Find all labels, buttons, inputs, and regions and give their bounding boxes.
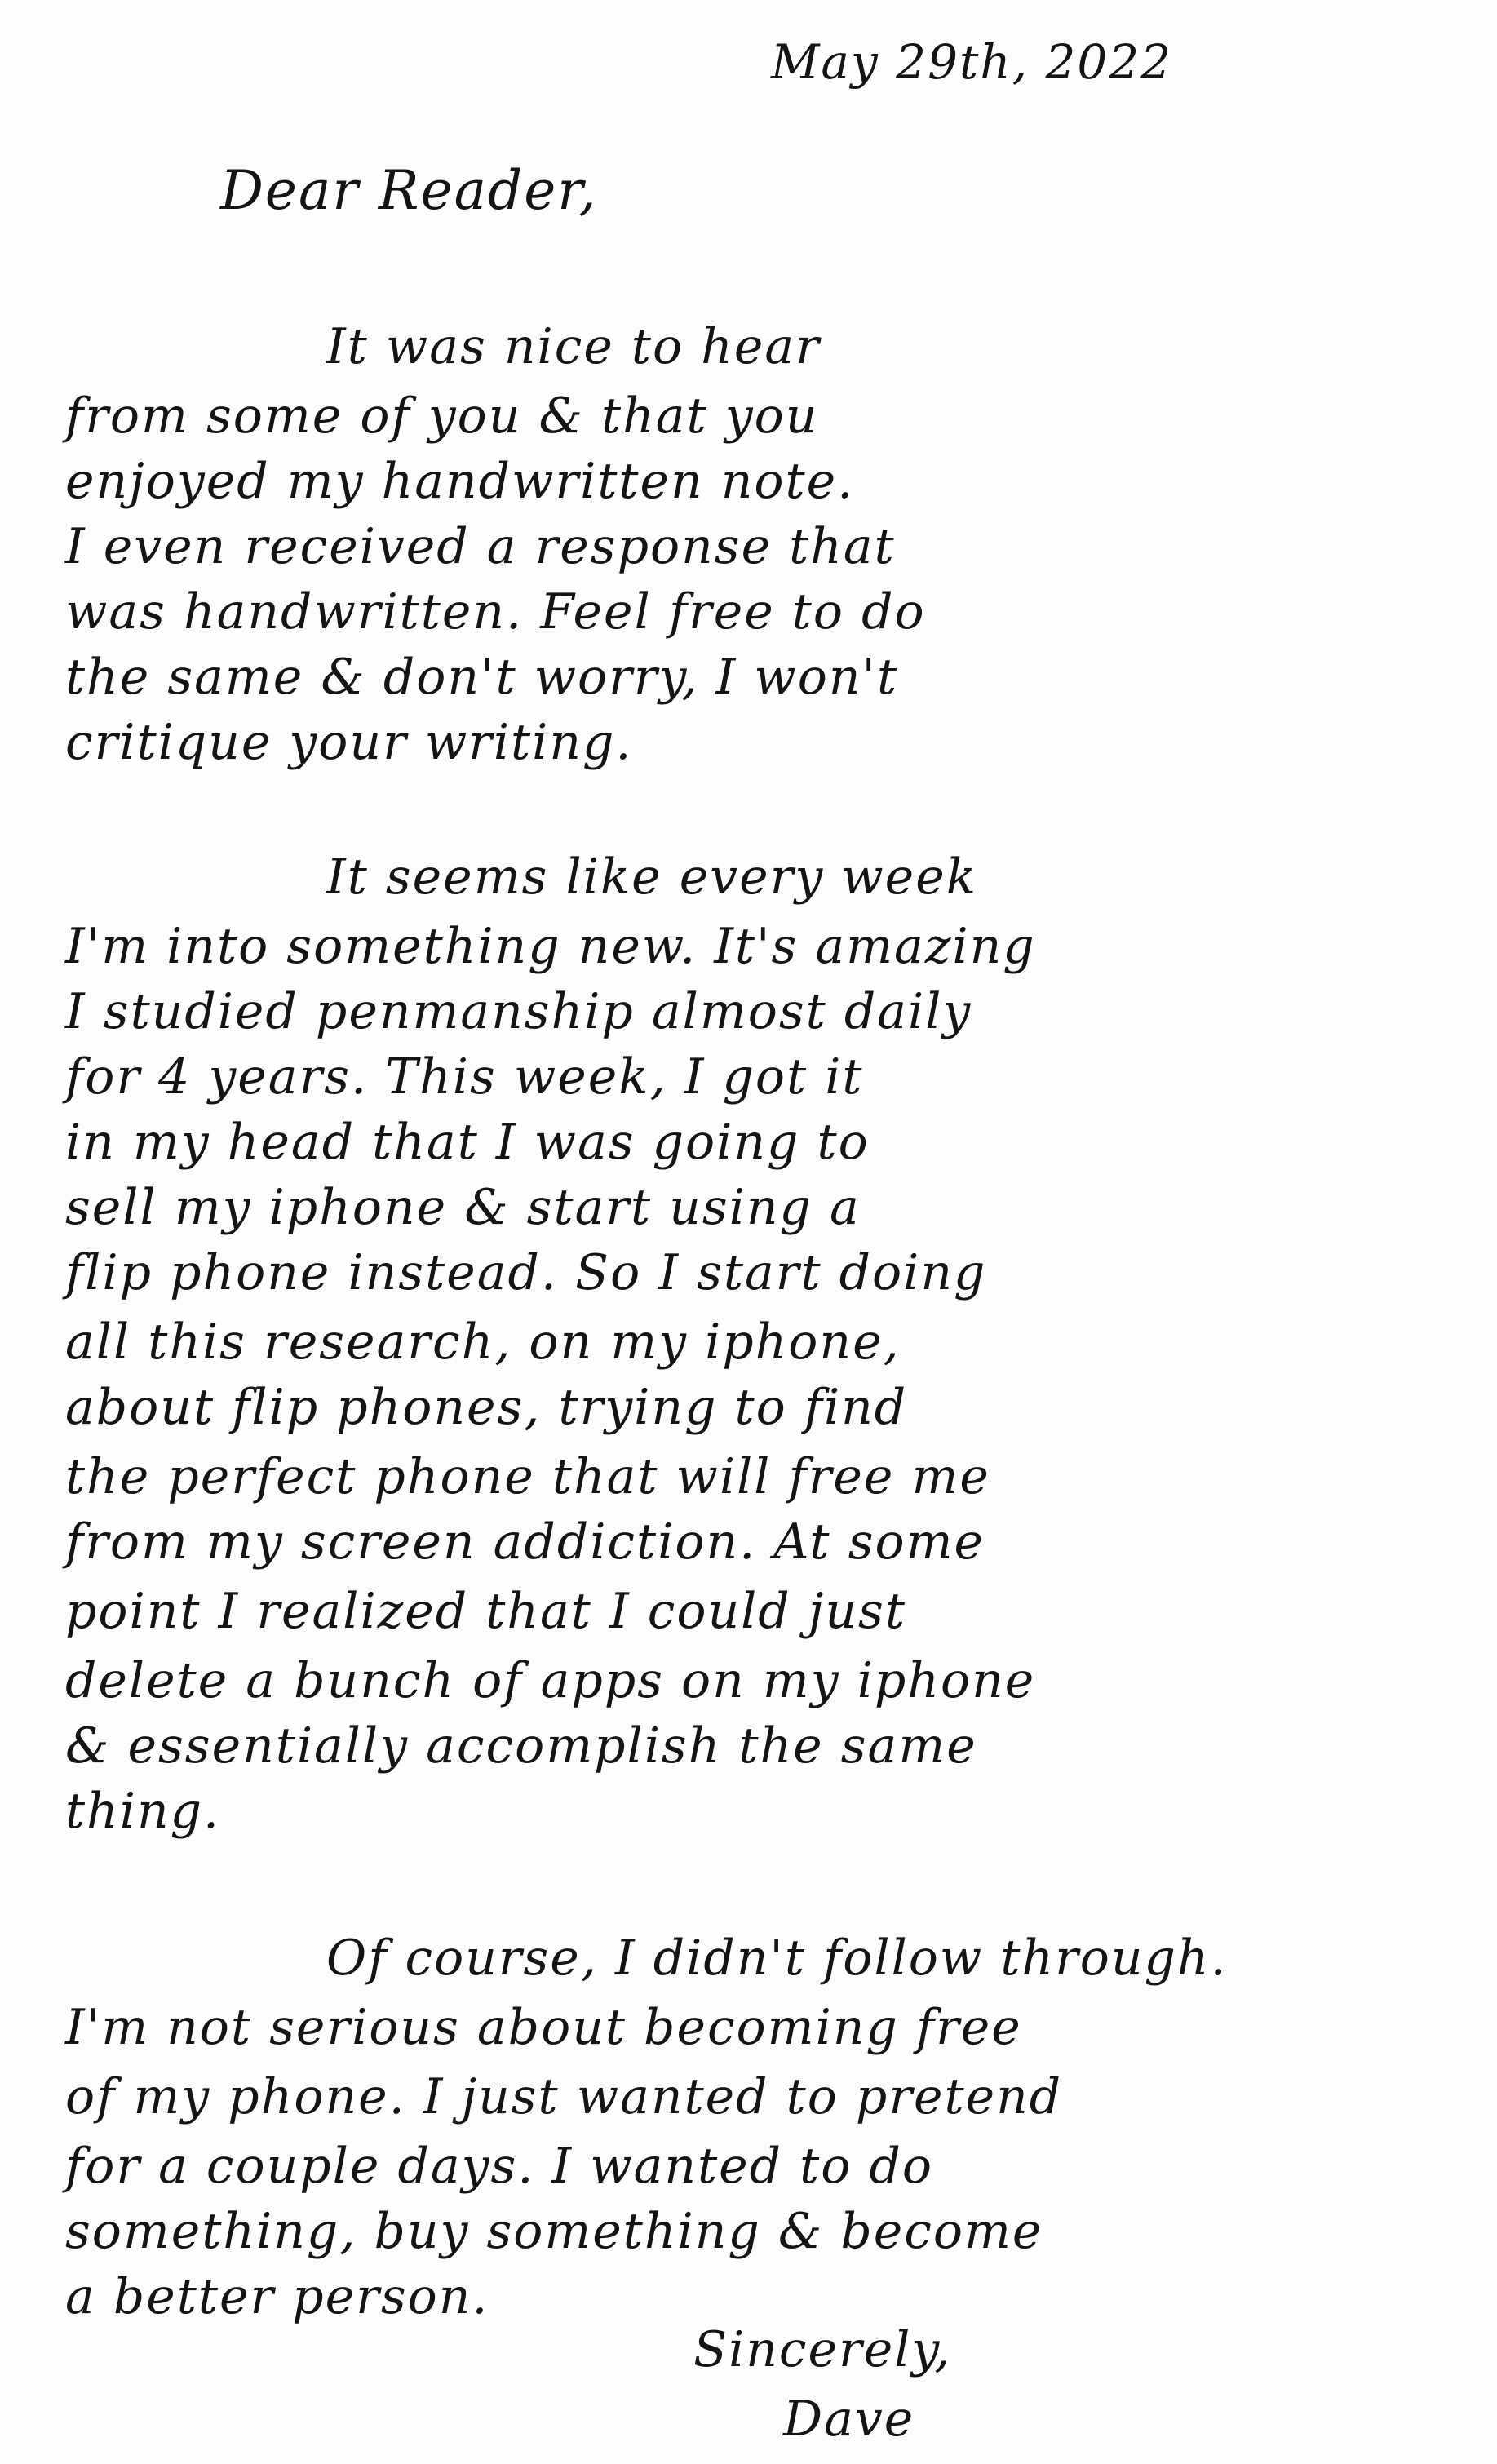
letter-date: May 29th, 2022 [771, 34, 1172, 90]
letter-signature: Dave [783, 2391, 915, 2448]
paragraph-2-line-9: about flip phones, trying to find [65, 1379, 907, 1436]
paragraph-2-line-15: thing. [65, 1783, 220, 1840]
paragraph-2-line-10: the perfect phone that will free me [65, 1448, 990, 1505]
paragraph-2-line-7: flip phone instead. So I start doing [65, 1244, 986, 1301]
paragraph-2-line-1: It seems like every week [326, 849, 977, 906]
paragraph-2-line-8: all this research, on my iphone, [65, 1314, 901, 1371]
paragraph-3-line-3: of my phone. I just wanted to pretend [65, 2068, 1062, 2125]
paragraph-2-line-2: I'm into something new. It's amazing [65, 918, 1036, 975]
paragraph-2-line-11: from my screen addiction. At some [65, 1513, 985, 1571]
paragraph-1-line-7: critique your writing. [65, 714, 632, 771]
paragraph-3-line-4: for a couple days. I wanted to do [65, 2138, 933, 2195]
paragraph-2-line-14: & essentially accomplish the same [65, 1717, 977, 1775]
paragraph-1-line-6: the same & don't worry, I won't [65, 649, 898, 706]
paragraph-3-line-1: Of course, I didn't follow through. [326, 1930, 1228, 1987]
paragraph-1-line-2: from some of you & that you [65, 388, 818, 445]
paragraph-2-line-5: in my head that I was going to [65, 1114, 870, 1171]
paragraph-2-line-6: sell my iphone & start using a [65, 1179, 861, 1236]
paragraph-2-line-3: I studied penmanship almost daily [65, 983, 972, 1040]
letter-page: May 29th, 2022 Dear Reader, It was nice … [0, 0, 1497, 2464]
paragraph-1-line-4: I even received a response that [65, 518, 896, 575]
paragraph-2-line-12: point I realized that I could just [65, 1583, 906, 1640]
paragraph-1-line-5: was handwritten. Feel free to do [65, 583, 926, 640]
letter-greeting: Dear Reader, [220, 159, 598, 222]
paragraph-3-line-5: something, buy something & become [65, 2203, 1043, 2260]
paragraph-2-line-13: delete a bunch of apps on my iphone [65, 1652, 1035, 1709]
paragraph-3-line-6: a better person. [65, 2268, 489, 2325]
letter-closing: Sincerely, [693, 2321, 951, 2378]
paragraph-2-line-4: for 4 years. This week, I got it [65, 1048, 864, 1106]
paragraph-1-line-1: It was nice to hear [326, 318, 821, 375]
paragraph-1-line-3: enjoyed my handwritten note. [65, 453, 854, 510]
paragraph-3-line-2: I'm not serious about becoming free [65, 1999, 1022, 2056]
